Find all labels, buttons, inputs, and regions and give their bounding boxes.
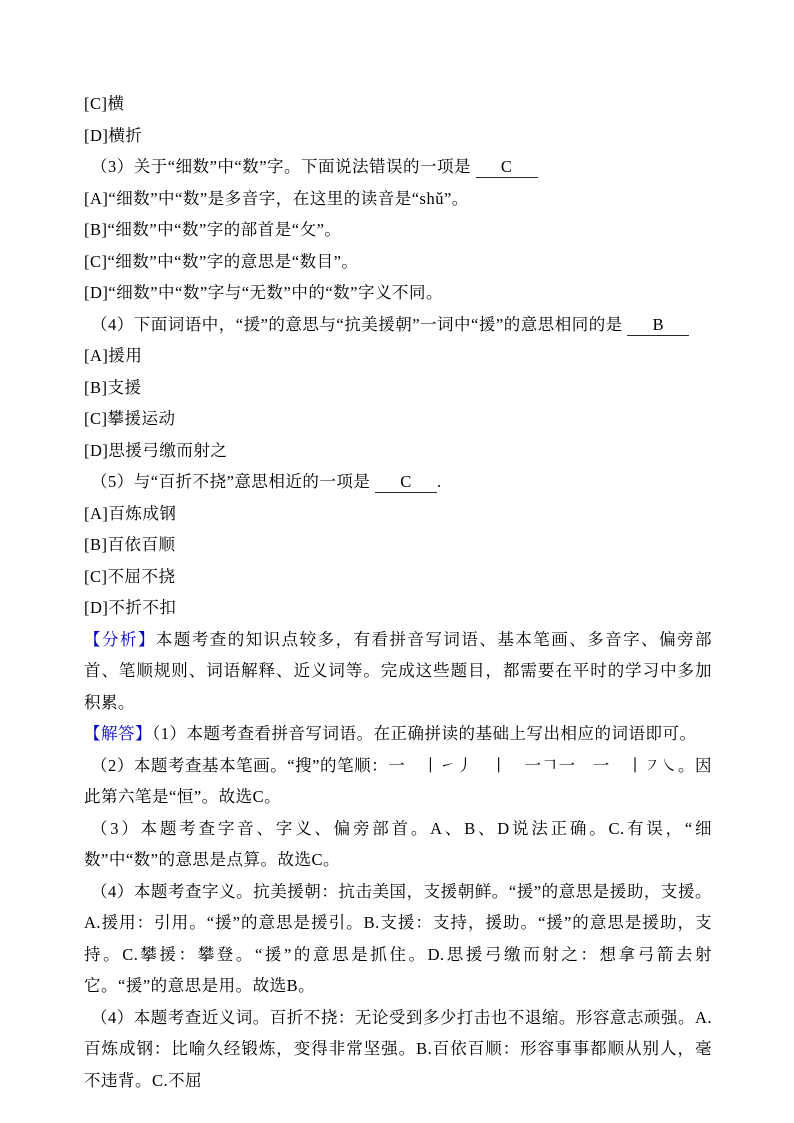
document-page: [C]横[D]横折（3）关于“细数”中“数”字。下面说法错误的一项是 C[A]“…: [0, 0, 794, 1123]
analysis-paragraph: 【分析】本题考查的知识点较多，有看拼音写词语、基本笔画、多音字、偏旁部首、笔顺规…: [84, 624, 712, 719]
text-run: [C]横: [84, 94, 125, 113]
answer-option: [C]“细数”中“数”字的意思是“数目”。: [84, 246, 712, 278]
explanation-paragraph: （4）本题考查字义。抗美援朝：抗击美国，支援朝鲜。“援”的意思是援助，支援。A.…: [84, 876, 712, 1002]
answer-option: [D]思援弓缴而射之: [84, 435, 712, 467]
text-run: （2）本题考查基本笔画。“搜”的笔顺：一 丨㇀丿 丨 一𠃍一 一 丨㇇㇏。因此第…: [84, 756, 712, 807]
answer-option: [C]不屈不挠: [84, 561, 712, 593]
explanation-paragraph: （2）本题考查基本笔画。“搜”的笔顺：一 丨㇀丿 丨 一𠃍一 一 丨㇇㇏。因此第…: [84, 750, 712, 813]
question-line: （3）关于“细数”中“数”字。下面说法错误的一项是 C: [84, 151, 712, 183]
text-run: [A]援用: [84, 346, 142, 365]
section-label: 【分析】: [84, 630, 156, 649]
text-run: .: [437, 472, 442, 491]
text-run: [D]思援弓缴而射之: [84, 441, 227, 460]
answer-blank: C: [476, 157, 538, 178]
text-run: 本题考查的知识点较多，有看拼音写词语、基本笔画、多音字、偏旁部首、笔顺规则、词语…: [84, 630, 712, 712]
answer-option: [D]不折不扣: [84, 592, 712, 624]
answer-option: [C]攀援运动: [84, 403, 712, 435]
answer-option: [A]“细数”中“数”是多音字，在这里的读音是“shǔ”。: [84, 183, 712, 215]
question-line: （4）下面词语中，“援”的意思与“抗美援朝”一词中“援”的意思相同的是 B: [84, 309, 712, 341]
text-run: [B]百依百顺: [84, 535, 176, 554]
text-run: （3）关于“细数”中“数”字。下面说法错误的一项是: [91, 157, 476, 176]
text-run: [A]百炼成钢: [84, 504, 176, 523]
text-run: [D]横折: [84, 126, 142, 145]
answer-option: [B]“细数”中“数”字的部首是“攵”。: [84, 214, 712, 246]
question-line: （5）与“百折不挠”意思相近的一项是 C.: [84, 466, 712, 498]
text-run: [C]“细数”中“数”字的意思是“数目”。: [84, 252, 358, 271]
answer-blank: B: [627, 315, 689, 336]
text-run: [B]“细数”中“数”字的部首是“攵”。: [84, 220, 341, 239]
text-run: [C]攀援运动: [84, 409, 176, 428]
text-run: [C]不屈不挠: [84, 567, 176, 586]
explanation-paragraph: 【解答】（1）本题考查看拼音写词语。在正确拼读的基础上写出相应的词语即可。: [84, 718, 712, 750]
answer-option: [A]百炼成钢: [84, 498, 712, 530]
section-label: 【解答】: [84, 724, 152, 743]
answer-option: [A]援用: [84, 340, 712, 372]
text-run: （5）与“百折不挠”意思相近的一项是: [91, 472, 375, 491]
answer-option: [C]横: [84, 88, 712, 120]
answer-option: [D]横折: [84, 120, 712, 152]
text-run: （3）本题考查字音、字义、偏旁部首。A、B、D说法正确。C.有误，“细数”中“数…: [84, 819, 712, 870]
answer-option: [D]“细数”中“数”字与“无数”中的“数”字义不同。: [84, 277, 712, 309]
answer-blank: C: [375, 472, 437, 493]
text-run: [D]“细数”中“数”字与“无数”中的“数”字义不同。: [84, 283, 443, 302]
text-run: [D]不折不扣: [84, 598, 176, 617]
text-run: （1）本题考查看拼音写词语。在正确拼读的基础上写出相应的词语即可。: [152, 724, 697, 743]
explanation-paragraph: （3）本题考查字音、字义、偏旁部首。A、B、D说法正确。C.有误，“细数”中“数…: [84, 813, 712, 876]
answer-option: [B]支援: [84, 372, 712, 404]
answer-option: [B]百依百顺: [84, 529, 712, 561]
document-body: [C]横[D]横折（3）关于“细数”中“数”字。下面说法错误的一项是 C[A]“…: [84, 88, 712, 1096]
text-run: （4）本题考查字义。抗美援朝：抗击美国，支援朝鲜。“援”的意思是援助，支援。A.…: [84, 882, 712, 996]
text-run: （4）本题考查近义词。百折不挠：无论受到多少打击也不退缩。形容意志顽强。A.百炼…: [84, 1008, 712, 1090]
text-run: [B]支援: [84, 378, 142, 397]
text-run: [A]“细数”中“数”是多音字，在这里的读音是“shǔ”。: [84, 189, 469, 208]
text-run: （4）下面词语中，“援”的意思与“抗美援朝”一词中“援”的意思相同的是: [91, 315, 627, 334]
explanation-paragraph: （4）本题考查近义词。百折不挠：无论受到多少打击也不退缩。形容意志顽强。A.百炼…: [84, 1002, 712, 1097]
